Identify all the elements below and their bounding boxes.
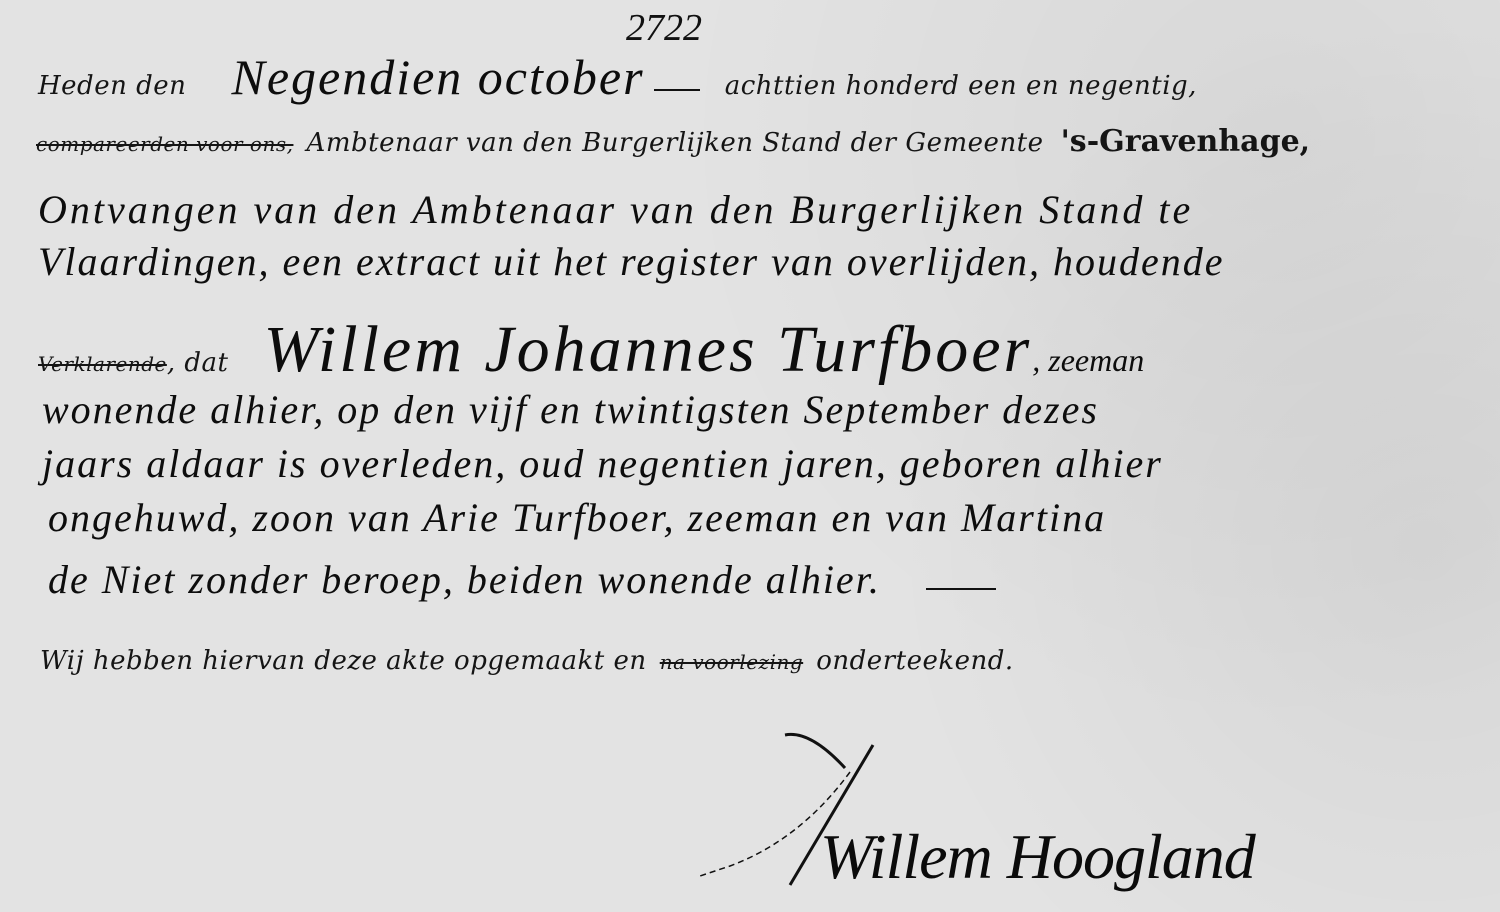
occupation-zeeman: , zeeman — [1032, 342, 1144, 378]
line-10: Wij hebben hiervan deze akte opgemaakt e… — [40, 646, 1014, 676]
register-number: 2722 — [626, 6, 702, 50]
struck-verklarende: Verklarende — [38, 352, 167, 376]
printed-year: achttien honderd een en negentig, — [725, 71, 1197, 101]
line-4: Vlaardingen, een extract uit het registe… — [38, 238, 1225, 285]
struck-compareerden: compareerden voor ons, — [36, 132, 293, 156]
handwritten-line-9: de Niet zonder beroep, beiden wonende al… — [48, 557, 881, 602]
line-8: ongehuwd, zoon van Arie Turfboer, zeeman… — [48, 494, 1106, 541]
line-3: Ontvangen van den Ambtenaar van den Burg… — [38, 186, 1193, 233]
handwritten-line-8: ongehuwd, zoon van Arie Turfboer, zeeman… — [48, 495, 1106, 540]
filler-dash — [654, 89, 700, 91]
printed-wij-hebben: Wij hebben hiervan deze akte opgemaakt e… — [40, 646, 647, 676]
printed-heden-den: Heden den — [38, 71, 186, 101]
handwritten-line-3: Ontvangen van den Ambtenaar van den Burg… — [38, 187, 1193, 232]
handwritten-line-7: jaars aldaar is overleden, oud negentien… — [42, 441, 1163, 486]
deceased-name: Willem Johannes Turfboer — [264, 313, 1033, 386]
handwritten-line-6: wonende alhier, op den vijf en twintigst… — [42, 387, 1099, 432]
line-1: Heden den Negendien october achttien hon… — [38, 48, 1197, 106]
line-2: compareerden voor ons, Ambtenaar van den… — [36, 124, 1310, 159]
struck-na-voorlezing: na voorlezing — [660, 650, 803, 674]
handwritten-date: Negendien october — [231, 49, 644, 105]
line-6: wonende alhier, op den vijf en twintigst… — [42, 386, 1099, 433]
printed-ambtenaar: Ambtenaar van den Burgerlijken Stand der… — [307, 128, 1044, 158]
line-9: de Niet zonder beroep, beiden wonende al… — [48, 556, 996, 603]
filler-dash — [926, 588, 996, 590]
document-page: 2722 Heden den Negendien october achttie… — [0, 0, 1500, 912]
municipality-name: 's-Gravenhage, — [1061, 124, 1310, 159]
printed-onderteekend: onderteekend. — [816, 646, 1013, 676]
printed-dat: , dat — [167, 348, 229, 378]
line-7: jaars aldaar is overleden, oud negentien… — [42, 440, 1163, 487]
handwritten-line-4: Vlaardingen, een extract uit het registe… — [38, 239, 1225, 284]
registrar-signature: Willem Hoogland — [820, 820, 1255, 894]
line-5: Verklarende, dat Willem Johannes Turfboe… — [38, 312, 1144, 388]
